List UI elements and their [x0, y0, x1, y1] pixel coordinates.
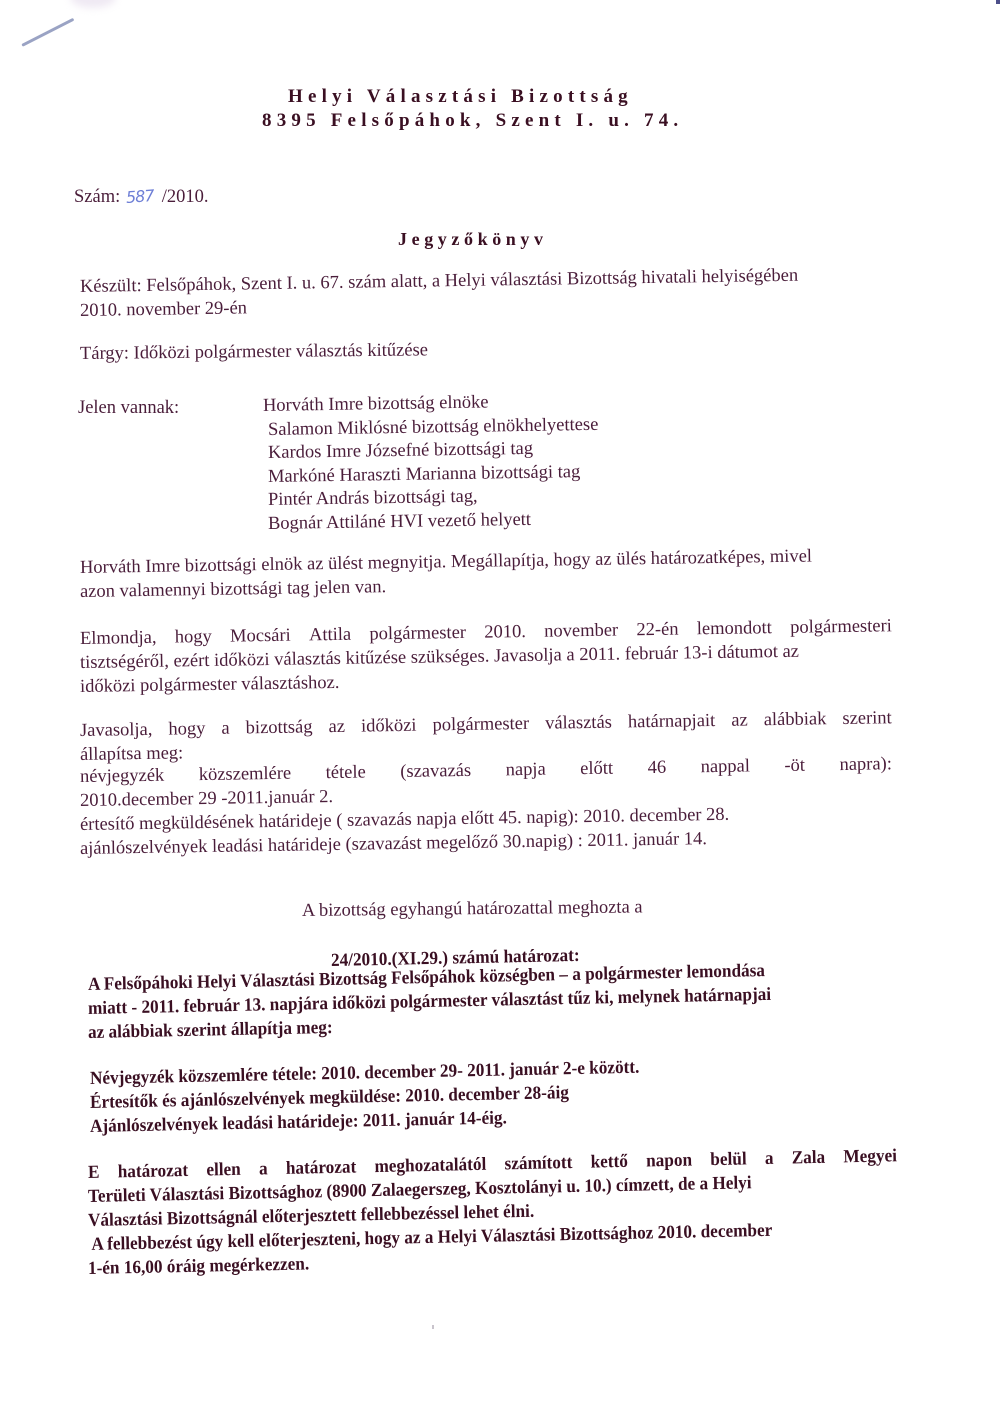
word: polgármesteri [790, 615, 892, 639]
present-member: Markóné Haraszti Marianna bizottsági tag [268, 461, 581, 488]
word: számított [504, 1152, 572, 1175]
word: polgármester [369, 622, 466, 646]
resolution-body-line-3: az alábbiak szerint állapítja meg: [88, 1017, 333, 1044]
subject-line: Tárgy: Időközi polgármester választás ki… [80, 339, 428, 365]
word: Mocsári [230, 625, 291, 648]
present-label: Jelen vannak: [78, 397, 179, 419]
scan-speck [432, 1325, 434, 1329]
word: szerint [842, 707, 892, 730]
word: a [221, 718, 230, 740]
decision-intro: A bizottság egyhangú határozattal meghoz… [302, 896, 643, 922]
org-name: Helyi Választási Bizottság [288, 86, 633, 108]
word: a [765, 1148, 774, 1170]
word: közszemlére [199, 763, 292, 786]
made-at-line-1: Készült: Felsőpáhok, Szent I. u. 67. szá… [80, 265, 798, 298]
word: polgármester [432, 713, 529, 737]
word: Javasolja, [80, 719, 153, 742]
word: nappal [700, 755, 750, 778]
word: lemondott [697, 617, 772, 640]
word: időközi [361, 715, 417, 738]
proposal-line-2: állapítsa meg: [80, 742, 184, 766]
made-at-line-2: 2010. november 29-én [80, 297, 247, 322]
word: az [731, 710, 748, 732]
word: ellen [206, 1159, 241, 1182]
word: 2010. [484, 621, 526, 644]
present-member: Horváth Imre bizottság elnöke [263, 391, 489, 417]
reference-year: /2010. [162, 187, 209, 207]
reference-number: Szám:587/2010. [74, 186, 209, 208]
word: (szavazás [400, 760, 471, 783]
scanned-document-page: Helyi Választási Bizottság 8395 Felsőpáh… [0, 0, 1000, 1414]
word: Elmondja, [80, 627, 157, 650]
word: bizottság [246, 716, 313, 739]
word: 46 [647, 757, 666, 779]
appeal-line-5: 1-én 16,00 óráig megérkezzen. [88, 1253, 310, 1280]
word: belül [710, 1148, 747, 1171]
proposal-line-1: Javasolja,hogyabizottságazidőközipolgárm… [80, 707, 892, 742]
word: november [544, 620, 618, 643]
word: napon [646, 1150, 692, 1173]
present-member: Salamon Miklósné bizottság elnökhelyette… [268, 414, 599, 441]
word: hogy [168, 718, 205, 741]
word: meghozatalától [374, 1154, 486, 1178]
word: alábbiak [764, 708, 827, 731]
word: hogy [175, 626, 212, 649]
present-member: Bognár Attiláné HVI vezető helyett [268, 509, 531, 535]
word: napja [505, 759, 545, 782]
word: Zala [792, 1147, 826, 1170]
word: határnapjait [628, 710, 716, 733]
proposal-line-4: 2010.december 29 -2011.január 2. [80, 786, 333, 812]
word: E [88, 1162, 100, 1184]
word: napra): [839, 753, 892, 776]
word: Megyei [843, 1145, 897, 1168]
word: névjegyzék [80, 765, 165, 788]
scan-corner-mark [996, 0, 1000, 4]
opening-line-1: Horváth Imre bizottsági elnök az ülést m… [80, 546, 812, 579]
word: a [259, 1158, 268, 1180]
present-member: Pintér András bizottsági tag, [268, 486, 478, 511]
word: az [328, 716, 345, 738]
handwritten-number: 587 [126, 185, 155, 209]
word: 22-én [636, 619, 678, 642]
opening-line-2: azon valamennyi bizottsági tag jelen van… [80, 576, 386, 603]
word: tétele [326, 762, 366, 785]
word: választás [545, 712, 612, 735]
document-title: Jegyzőkönyv [398, 228, 548, 250]
pen-stroke-mark [21, 18, 74, 47]
org-address: 8395 Felsőpáhok, Szent I. u. 74. [262, 110, 683, 132]
proposal-line-3: névjegyzékközszemléretétele(szavazásnapj… [80, 753, 892, 788]
word: -öt [784, 755, 805, 777]
word: Attila [309, 624, 351, 647]
word: kettő [590, 1151, 628, 1174]
word: határozat [118, 1160, 189, 1183]
word: határozat [286, 1156, 357, 1179]
word: előtt [580, 758, 613, 781]
scan-smudge [70, 0, 116, 8]
present-member: Kardos Imre Józsefné bizottsági tag [268, 438, 533, 464]
statement-line-3: időközi polgármester választáshoz. [80, 672, 340, 698]
reference-label: Szám: [74, 187, 120, 207]
